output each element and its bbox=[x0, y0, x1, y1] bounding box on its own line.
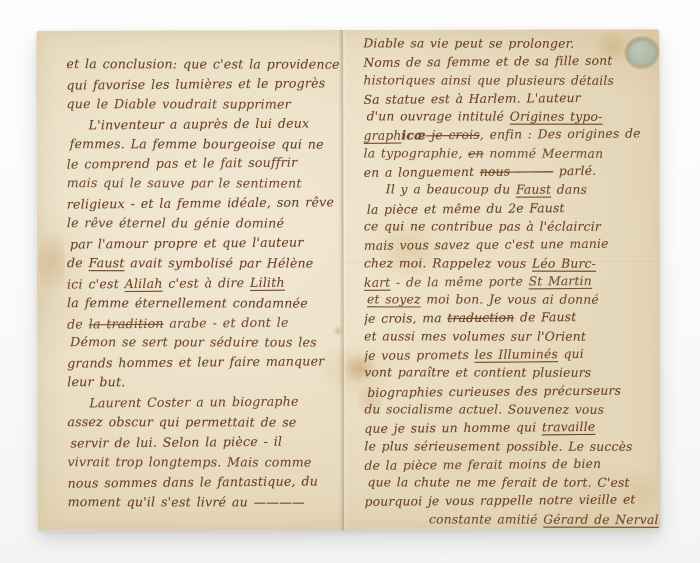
manuscript-line: femmes. La femme bourgeoise qui ne bbox=[70, 134, 343, 154]
text-segment: Sa statue est à Harlem. L'auteur bbox=[363, 91, 580, 107]
text-segment: du socialisme actuel. Souvenez vous bbox=[364, 402, 604, 416]
text-segment: de bbox=[67, 255, 89, 270]
manuscript-line: la femme éternellement condamnée bbox=[67, 293, 343, 313]
text-segment: avait symbolisé par Hélène bbox=[125, 255, 314, 270]
manuscript-line: le rêve éternel du génie dominé bbox=[67, 213, 343, 233]
manuscript-line: moment qu'il s'est livré au ———— bbox=[68, 492, 344, 512]
text-segment: arabe - et dont le bbox=[164, 314, 289, 330]
text-segment: de Faust bbox=[514, 310, 576, 325]
text-segment: chez moi. Rappelez vous bbox=[364, 256, 532, 270]
text-segment: assez obscur qui permettait de se bbox=[67, 414, 296, 429]
text-segment: Léo Burc- bbox=[532, 256, 596, 270]
text-segment: c'est à dire bbox=[163, 275, 251, 291]
text-segment: de bbox=[67, 316, 89, 331]
text-segment: grands hommes et leur faire manquer bbox=[67, 354, 324, 371]
text-segment: nous ——— bbox=[480, 164, 554, 179]
text-segment: pourquoi je vous rappelle notre vieille … bbox=[365, 493, 636, 509]
letter-sheet: et la conclusion: que c'est la providenc… bbox=[36, 29, 660, 531]
text-segment: nous sommes dans le fantastique, du bbox=[67, 473, 318, 490]
text-segment: travaille bbox=[542, 420, 595, 434]
text-segment: moi bon. Je vous ai donné bbox=[421, 293, 599, 307]
manuscript-line: L'inventeur a auprès de lui deux bbox=[67, 113, 343, 135]
manuscript-line: nous sommes dans le fantastique, du bbox=[67, 471, 343, 493]
text-segment: Laurent Coster a un biographe bbox=[89, 394, 298, 411]
manuscript-line: de Faust avait symbolisé par Hélène bbox=[67, 253, 343, 273]
text-segment: et aussi mes volumes sur l'Orient bbox=[364, 329, 586, 343]
text-segment: vivrait trop longtemps. Mais comme bbox=[67, 454, 311, 469]
text-segment: vont paraître et contient plusieurs bbox=[364, 366, 591, 380]
text-segment: St Martin bbox=[529, 274, 592, 289]
text-segment: je crois, ma bbox=[364, 312, 447, 327]
manuscript-line: Démon se sert pour séduire tous les bbox=[70, 333, 343, 353]
text-segment: par l'amour propre et que l'auteur bbox=[70, 235, 304, 252]
text-segment: - de la même porte bbox=[390, 274, 528, 289]
manuscript-line: leur but. bbox=[67, 372, 343, 392]
manuscript-line: constante amitié Gérard de Nerval bbox=[365, 510, 661, 529]
manuscript-line: je crois, ma traduction de Faust bbox=[364, 308, 660, 329]
text-segment: ce qui ne contribue pas à l'éclaircir bbox=[364, 219, 601, 233]
manuscript-line: et la conclusion: que c'est la providenc… bbox=[66, 54, 342, 74]
manuscript-line: assez obscur qui permettait de se bbox=[67, 412, 343, 432]
manuscript-line: vont paraître et contient plusieurs bbox=[364, 364, 660, 383]
text-segment: Alilah bbox=[125, 276, 163, 291]
text-segment: kart bbox=[364, 275, 391, 289]
letter-left-page: et la conclusion: que c'est la providenc… bbox=[66, 54, 343, 523]
manuscript-line: ici c'est Alilah c'est à dire Lilith bbox=[67, 272, 343, 294]
text-segment: Faust bbox=[516, 183, 551, 197]
text-segment: , enfin : Des origines de bbox=[480, 127, 641, 142]
manuscript-line: Il y a beaucoup du Faust dans bbox=[364, 181, 660, 200]
text-segment: en bbox=[468, 146, 484, 160]
manuscript-line: ce qui ne contribue pas à l'éclaircir bbox=[364, 217, 660, 236]
text-segment: ———— bbox=[254, 494, 305, 509]
text-segment: je vous promets bbox=[364, 348, 475, 363]
manuscript-line: d'un ouvrage intitulé Origines typo- bbox=[367, 108, 660, 127]
text-segment: nommé Meerman bbox=[484, 146, 604, 160]
manuscript-line: je vous promets les Illuminés qui bbox=[364, 344, 660, 365]
manuscript-line: kart - de la même porte St Martin bbox=[364, 271, 660, 292]
manuscript-line: du socialisme actuel. Souvenez vous bbox=[364, 400, 660, 419]
text-segment: que le Diable voudrait supprimer bbox=[67, 96, 291, 111]
text-segment: servir de lui. Selon la pièce - il bbox=[70, 434, 282, 451]
text-segment: et soyez bbox=[367, 292, 421, 306]
text-segment: traduction bbox=[447, 311, 514, 326]
manuscript-line: servir de lui. Selon la pièce - il bbox=[70, 431, 343, 453]
text-segment: Faust bbox=[89, 255, 125, 270]
text-segment: parlé. bbox=[553, 164, 596, 178]
text-segment: Origines typo- bbox=[510, 110, 603, 124]
foxing-stain bbox=[39, 221, 65, 301]
manuscript-line: religieux - et la femme idéale, son rêve bbox=[67, 192, 343, 214]
manuscript-line: de la tradition arabe - et dont le bbox=[67, 312, 343, 334]
manuscript-line: vivrait trop longtemps. Mais comme bbox=[67, 452, 343, 472]
manuscript-line: que la chute ne me ferait de tort. C'est bbox=[368, 473, 661, 492]
text-segment: je crois bbox=[426, 128, 480, 142]
text-segment: ici c'est bbox=[67, 276, 125, 292]
text-segment: leur but. bbox=[67, 374, 125, 389]
text-segment: Il y a beaucoup du bbox=[386, 183, 516, 197]
text-segment: Démon se sert pour séduire tous les bbox=[70, 335, 317, 350]
manuscript-line: que je suis un homme qui travaille bbox=[364, 418, 660, 439]
text-segment: la typographie, bbox=[364, 146, 468, 160]
text-segment: graph bbox=[364, 129, 402, 143]
text-segment: religieux - et la femme idéale, son rêve bbox=[67, 194, 334, 211]
manuscript-line: la typographie, en nommé Meerman bbox=[364, 144, 660, 163]
manuscript-line: Laurent Coster a un biographe bbox=[67, 391, 343, 413]
manuscript-line: la pièce et même du 2e Faust bbox=[367, 198, 660, 219]
text-segment: femmes. La femme bourgeoise qui ne bbox=[70, 136, 324, 151]
text-segment: la tradition bbox=[89, 315, 164, 331]
text-segment: le rêve éternel du génie dominé bbox=[67, 215, 284, 230]
manuscript-line: et aussi mes volumes sur l'Orient bbox=[364, 327, 660, 346]
text-segment: icæ bbox=[401, 128, 425, 143]
text-segment: L'inventeur a auprès de lui deux bbox=[89, 115, 310, 132]
manuscript-line: Noms de sa femme et de sa fille sont bbox=[363, 52, 659, 73]
manuscript-line: mais qui le sauve par le sentiment bbox=[67, 173, 343, 193]
text-segment: Noms de sa femme et de sa fille sont bbox=[363, 54, 612, 70]
manuscript-line: Sa statue est à Harlem. L'auteur bbox=[363, 88, 659, 109]
text-segment: biographies curieuses des précurseurs bbox=[367, 383, 621, 399]
manuscript-line: le comprend pas et le fait souffrir bbox=[67, 153, 343, 175]
manuscript-line: chez moi. Rappelez vous Léo Burc- bbox=[364, 254, 660, 273]
text-segment: le plus sérieusement possible. Le succès bbox=[364, 439, 632, 453]
text-segment: Gérard de Nerval bbox=[543, 512, 658, 526]
text-segment: en a longuement bbox=[364, 165, 480, 180]
text-segment: mais qui le sauve par le sentiment bbox=[67, 175, 302, 190]
letter-right-page: Diable sa vie peut se prolonger.Noms de … bbox=[363, 34, 660, 531]
text-segment: constante amitié bbox=[429, 512, 543, 526]
text-segment: le comprend pas et le fait souffrir bbox=[67, 155, 298, 172]
manuscript-line: pourquoi je vous rappelle notre vieille … bbox=[365, 491, 661, 512]
manuscript-line: le plus sérieusement possible. Le succès bbox=[364, 437, 660, 456]
manuscript-line: en a longuement nous ——— parlé. bbox=[364, 161, 660, 182]
text-segment: Lilith bbox=[250, 274, 285, 289]
manuscript-line: graphicæ je crois, enfin : Des origines … bbox=[364, 125, 660, 146]
manuscript-line: que le Diable voudrait supprimer bbox=[67, 94, 343, 114]
text-segment: historiques ainsi que plusieurs détails bbox=[363, 73, 614, 87]
text-segment: et la conclusion: que c'est la providenc… bbox=[66, 56, 339, 71]
manuscript-line: par l'amour propre et que l'auteur bbox=[70, 232, 343, 254]
manuscript-line: grands hommes et leur faire manquer bbox=[67, 352, 343, 374]
manuscript-line: qui favorise les lumières et le progrès bbox=[66, 73, 342, 95]
text-segment: de la pièce me ferait moins de bien bbox=[364, 457, 601, 473]
manuscript-line: Diable sa vie peut se prolonger. bbox=[363, 34, 659, 53]
text-segment: que la chute ne me ferait de tort. C'est bbox=[368, 475, 630, 489]
manuscript-line: historiques ainsi que plusieurs détails bbox=[363, 71, 659, 90]
manuscript-line: de la pièce me ferait moins de bien bbox=[364, 454, 660, 475]
manuscript-line: biographies curieuses des précurseurs bbox=[367, 381, 660, 402]
text-segment: qui bbox=[558, 347, 584, 361]
text-segment: la femme éternellement condamnée bbox=[67, 295, 308, 310]
text-segment: moment qu'il s'est livré au bbox=[68, 494, 254, 509]
text-segment: Diable sa vie peut se prolonger. bbox=[363, 36, 574, 50]
manuscript-line: et soyez moi bon. Je vous ai donné bbox=[367, 290, 660, 309]
text-segment: dans bbox=[551, 183, 587, 197]
letter-photograph: et la conclusion: que c'est la providenc… bbox=[0, 0, 700, 563]
text-segment: d'un ouvrage intitulé bbox=[367, 110, 510, 124]
text-segment: mais vous savez que c'est une manie bbox=[364, 237, 609, 253]
text-segment: que je suis un homme qui bbox=[364, 421, 542, 437]
manuscript-line: mais vous savez que c'est une manie bbox=[364, 235, 660, 256]
text-segment: qui favorise les lumières et le progrès bbox=[66, 75, 325, 92]
text-segment: les Illuminés bbox=[475, 347, 558, 362]
text-segment: la pièce et même du 2e Faust bbox=[367, 201, 565, 217]
